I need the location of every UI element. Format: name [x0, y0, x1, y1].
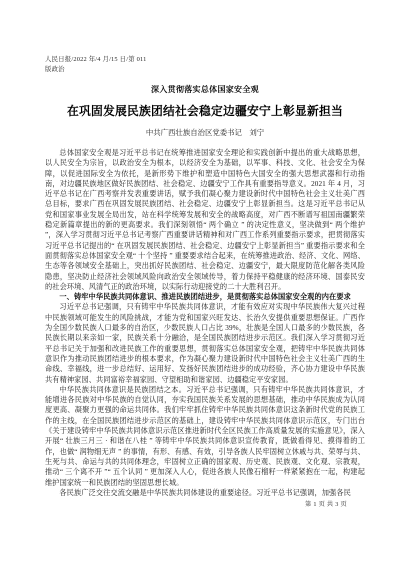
publication-meta: 人民日报/2022 年/4 月/15 日/第 011 版政治 [45, 55, 365, 74]
page-content: 人民日报/2022 年/4 月/15 日/第 011 版政治 深入贯彻落实总体国… [0, 0, 410, 498]
kicker: 深入贯彻落实总体国家安全观 [45, 84, 365, 95]
article-title: 在巩固发展民族团结社会稳定边疆安宁上彰显新担当 [45, 102, 365, 119]
paragraph: 中华民族共同体意识是民族团结之本。习近平总书记强调，只有铸牢中华民族共同体意识，… [45, 385, 365, 488]
paragraph: 总体国家安全观是习近平总书记在统筹推进国家安全理论和实践创新中提出的重大战略思想… [45, 148, 365, 292]
paragraph: 习近平总书记强调，只有铸牢中华民族共同体意识，才能有效应对实现中华民族伟大复兴过… [45, 302, 365, 384]
meta-source-date: 人民日报/2022 年/4 月/15 日/第 011 [45, 55, 365, 65]
page-number: 第 1 页 共 3 页 [305, 499, 347, 508]
article-body: 总体国家安全观是习近平总书记在统筹推进国家安全理论和实践创新中提出的重大战略思想… [45, 148, 365, 498]
document-page: 人民日报/2022 年/4 月/15 日/第 011 版政治 深入贯彻落实总体国… [0, 0, 410, 580]
section-heading: 一、铸牢中华民族共同体意识、推进民族团结进步，是贯彻落实总体国家安全观的内在要求 [45, 292, 365, 302]
meta-section: 版政治 [45, 65, 365, 75]
paragraph: 各民族广泛交往交流交融是中华民族共同体建设的重要途径。习近平总书记强调，加强各民 [45, 488, 365, 498]
byline: 中共广西壮族自治区党委书记 刘宁 [45, 127, 365, 138]
